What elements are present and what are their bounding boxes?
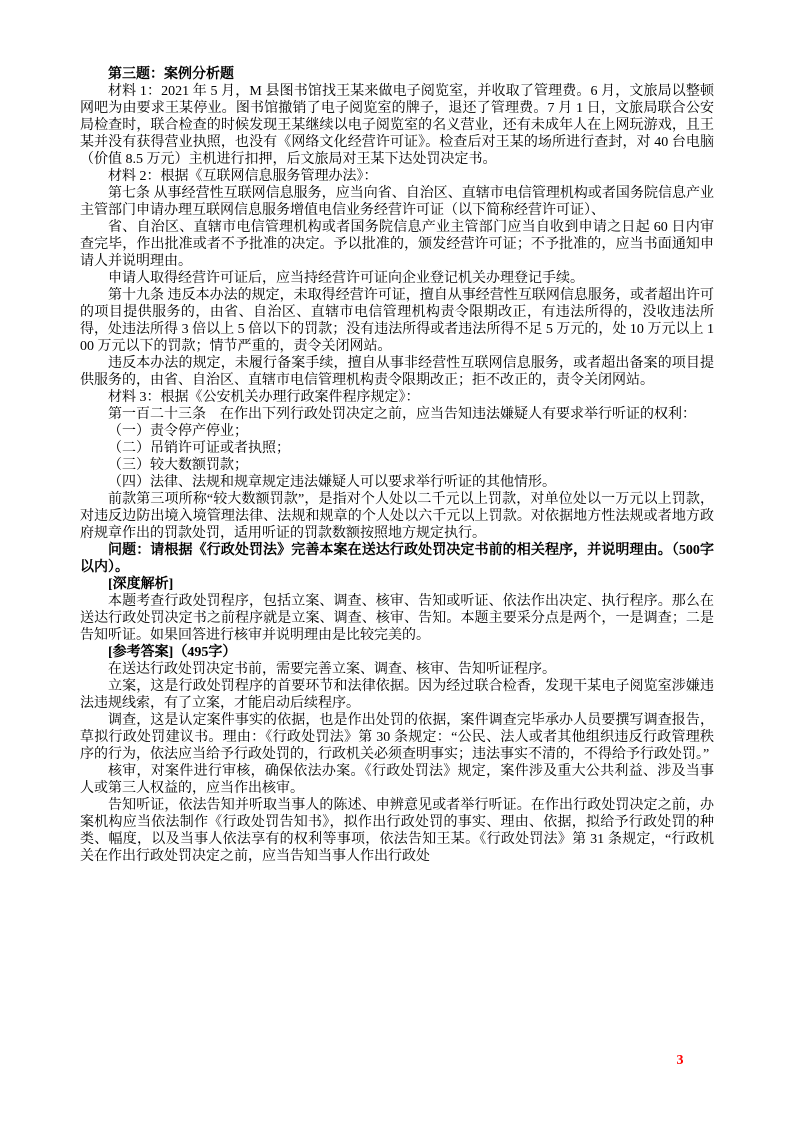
paragraph-16: 问题：请根据《行政处罚法》完善本案在送达行政处罚决定书前的相关程序，并说明理由。… xyxy=(80,542,714,576)
paragraph-3: 材料 2：根据《互联网信息服务管理办法》： xyxy=(80,168,714,185)
document-page: 第三题：案例分析题材料 1：2021 年 5 月，M 县图书馆找王某来做电子阅览… xyxy=(0,0,794,1123)
page-number: 3 xyxy=(640,1052,720,1069)
paragraph-20: 在送达行政处罚决定书前，需要完善立案、调查、核审、告知听证程序。 xyxy=(80,661,714,678)
paragraph-10: 第一百二十三条 在作出下列行政处罚决定之前，应当告知违法嫌疑人有要求举行听证的权… xyxy=(80,406,714,423)
paragraph-7: 第十九条 违反本办法的规定，未取得经营许可证，擅自从事经营性互联网信息服务，或者… xyxy=(80,287,714,355)
paragraph-22: 调查，这是认定案件事实的依据，也是作出处罚的依据，案件调查完毕承办人员要撰写调查… xyxy=(80,712,714,763)
paragraph-15: 前款第三项所称“较大数额罚款”，是指对个人处以二千元以上罚款，对单位处以一万元以… xyxy=(80,491,714,542)
paragraph-1: 第三题：案例分析题 xyxy=(80,66,714,83)
paragraph-9: 材料 3：根据《公安机关办理行政案件程序规定》： xyxy=(80,389,714,406)
paragraph-23: 核审，对案件进行审核，确保依法办案。《行政处罚法》规定，案件涉及重大公共利益、涉… xyxy=(80,763,714,797)
paragraph-4: 第七条 从事经营性互联网信息服务，应当向省、自治区、直辖市电信管理机构或者国务院… xyxy=(80,185,714,219)
paragraph-12: （二）吊销许可证或者执照； xyxy=(80,440,714,457)
paragraph-17: [深度解析] xyxy=(80,576,714,593)
paragraph-24: 告知听证，依法告知并听取当事人的陈述、申辨意见或者举行听证。在作出行政处罚决定之… xyxy=(80,797,714,865)
paragraph-21: 立案，这是行政处罚程序的首要环节和法律依据。因为经过联合检香，发现干某电子阅览室… xyxy=(80,678,714,712)
paragraph-8: 违反本办法的规定，未履行备案手续，擅自从事非经营性互联网信息服务，或者超出备案的… xyxy=(80,355,714,389)
paragraph-2: 材料 1：2021 年 5 月，M 县图书馆找王某来做电子阅览室，并收取了管理费… xyxy=(80,83,714,168)
paragraph-11: （一）责令停产停业； xyxy=(80,423,714,440)
paragraph-19: [参考答案]（495字） xyxy=(80,644,714,661)
paragraph-14: （四）法律、法规和规章规定违法嫌疑人可以要求举行听证的其他情形。 xyxy=(80,474,714,491)
paragraph-13: （三）较大数额罚款； xyxy=(80,457,714,474)
paragraph-6: 申请人取得经营许可证后，应当持经营许可证向企业登记机关办理登记手续。 xyxy=(80,270,714,287)
paragraph-5: 省、自治区、直辖市电信管理机构或者国务院信息产业主管部门应当自收到申请之日起 6… xyxy=(80,219,714,270)
paragraph-18: 本题考查行政处罚程序，包括立案、调查、核审、告知或听证、依法作出决定、执行程序。… xyxy=(80,593,714,644)
text-body: 第三题：案例分析题材料 1：2021 年 5 月，M 县图书馆找王某来做电子阅览… xyxy=(80,66,714,865)
